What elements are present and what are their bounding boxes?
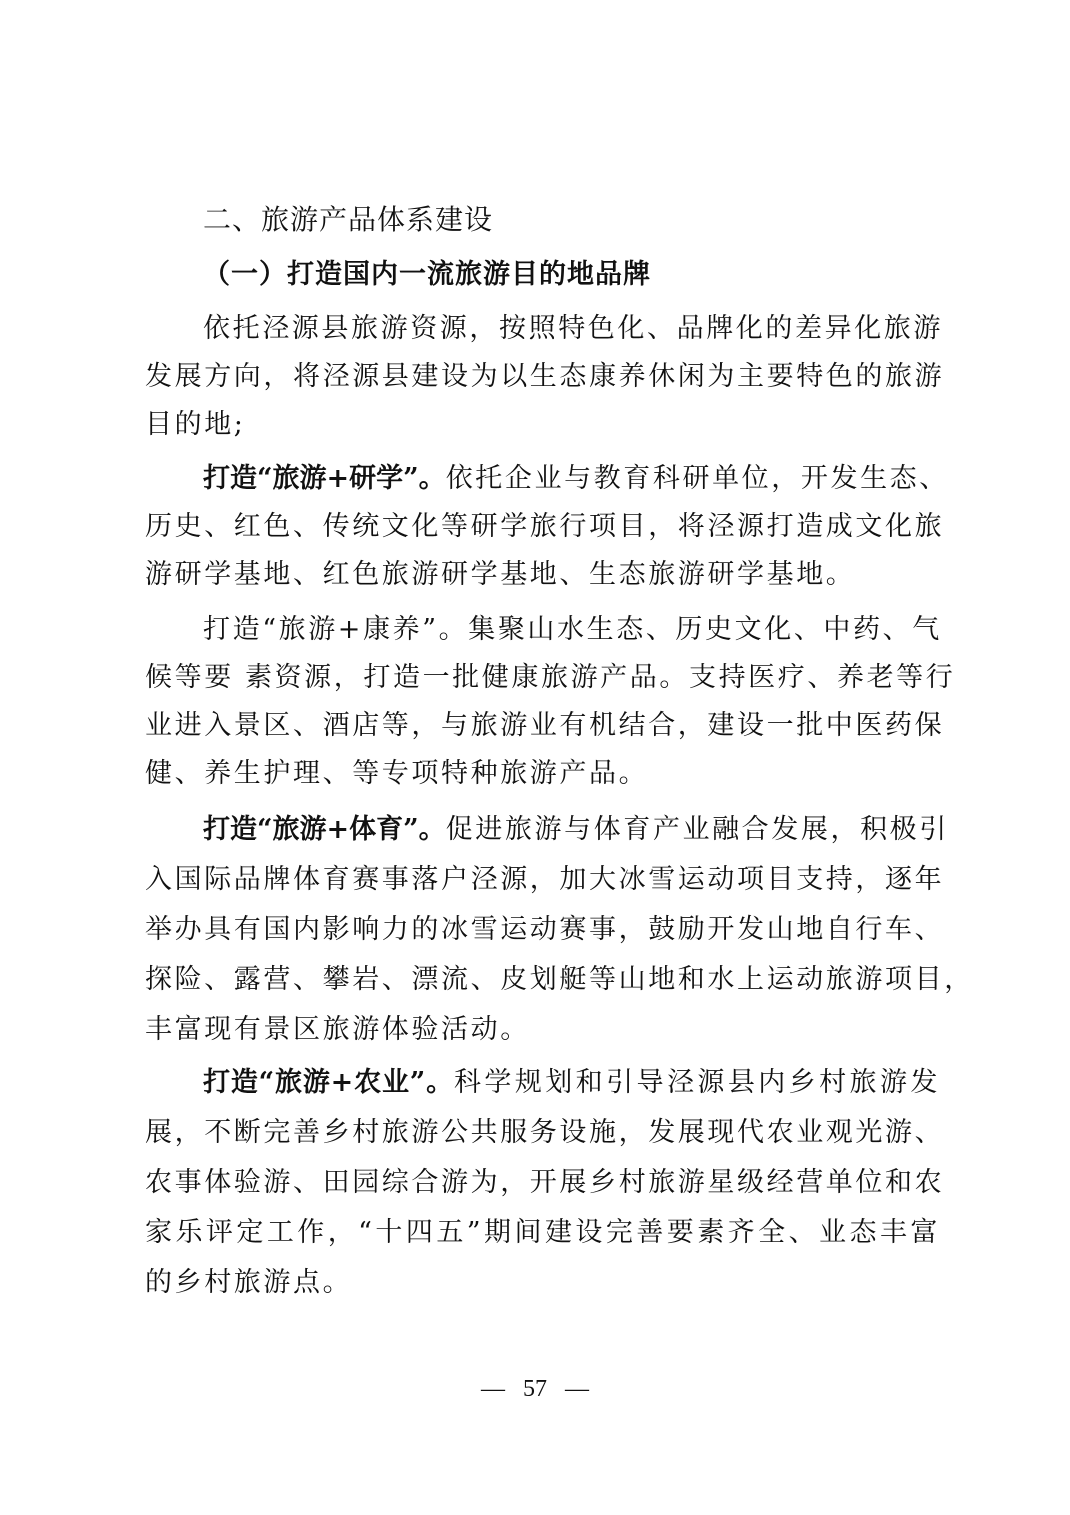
page-number: — 57 —	[0, 1373, 1070, 1405]
paragraph-5-line-2: 展，不断完善乡村旅游公共服务设施，发展现代农业观光游、	[145, 1113, 940, 1153]
paragraph-4-line-5: 丰富现有景区旅游体验活动。	[145, 1010, 940, 1050]
paragraph-1-line-2: 发展方向，将泾源县建设为以生态康养休闲为主要特色的旅游	[145, 357, 940, 397]
paragraph-3-line-3: 业进入景区、酒店等，与旅游业有机结合，建设一批中医药保	[145, 706, 940, 746]
section-heading: 二、旅游产品体系建设	[203, 200, 493, 240]
paragraph-2-line-3: 游研学基地、红色旅游研学基地、生态旅游研学基地。	[145, 555, 940, 595]
document-page: 二、旅游产品体系建设 （一）打造国内一流旅游目的地品牌 依托泾源县旅游资源，按照…	[0, 0, 1070, 1515]
paragraph-1-line-1: 依托泾源县旅游资源，按照特色化、品牌化的差异化旅游	[203, 309, 940, 349]
paragraph-4-line-1-text: 促进旅游与体育产业融合发展，积极引	[446, 814, 949, 845]
subsection-heading: （一）打造国内一流旅游目的地品牌	[203, 255, 651, 295]
paragraph-3-line-4: 健、养生护理、等专项特种旅游产品。	[145, 754, 940, 794]
paragraph-5-line-3: 农事体验游、田园综合游为，开展乡村旅游星级经营单位和农	[145, 1163, 940, 1203]
paragraph-2-line-1-text: 依托企业与教育科研单位，开发生态、	[446, 463, 949, 494]
paragraph-5-line-5: 的乡村旅游点。	[145, 1263, 940, 1303]
paragraph-1-line-3: 目的地;	[145, 405, 940, 445]
paragraph-2-line-2: 历史、红色、传统文化等研学旅行项目，将泾源打造成文化旅	[145, 507, 940, 547]
paragraph-4-line-2: 入国际品牌体育赛事落户泾源，加大冰雪运动项目支持，逐年	[145, 860, 940, 900]
paragraph-5-line-1: 打造“旅游+农业”。科学规划和引导泾源县内乡村旅游发	[203, 1063, 940, 1103]
paragraph-5-line-4: 家乐评定工作，“十四五”期间建设完善要素齐全、业态丰富	[145, 1213, 940, 1253]
paragraph-4-line-1: 打造“旅游+体育”。促进旅游与体育产业融合发展，积极引	[203, 810, 940, 850]
paragraph-4-line-3: 举办具有国内影响力的冰雪运动赛事，鼓励开发山地自行车、	[145, 910, 940, 950]
paragraph-2-line-1: 打造“旅游+研学”。依托企业与教育科研单位，开发生态、	[203, 459, 940, 499]
paragraph-4-lead: 打造“旅游+体育”。	[203, 814, 446, 845]
paragraph-4-line-4: 探险、露营、攀岩、漂流、皮划艇等山地和水上运动旅游项目，	[145, 960, 940, 1000]
paragraph-3-line-2: 候等要 素资源，打造一批健康旅游产品。支持医疗、养老等行	[145, 658, 940, 698]
paragraph-5-lead: 打造“旅游+农业”。	[203, 1067, 454, 1098]
paragraph-5-line-1-text: 科学规划和引导泾源县内乡村旅游发	[454, 1067, 940, 1098]
paragraph-2-lead: 打造“旅游+研学”。	[203, 463, 446, 494]
paragraph-3-line-1: 打造“旅游+康养”。集聚山水生态、历史文化、中药、气	[203, 610, 940, 650]
